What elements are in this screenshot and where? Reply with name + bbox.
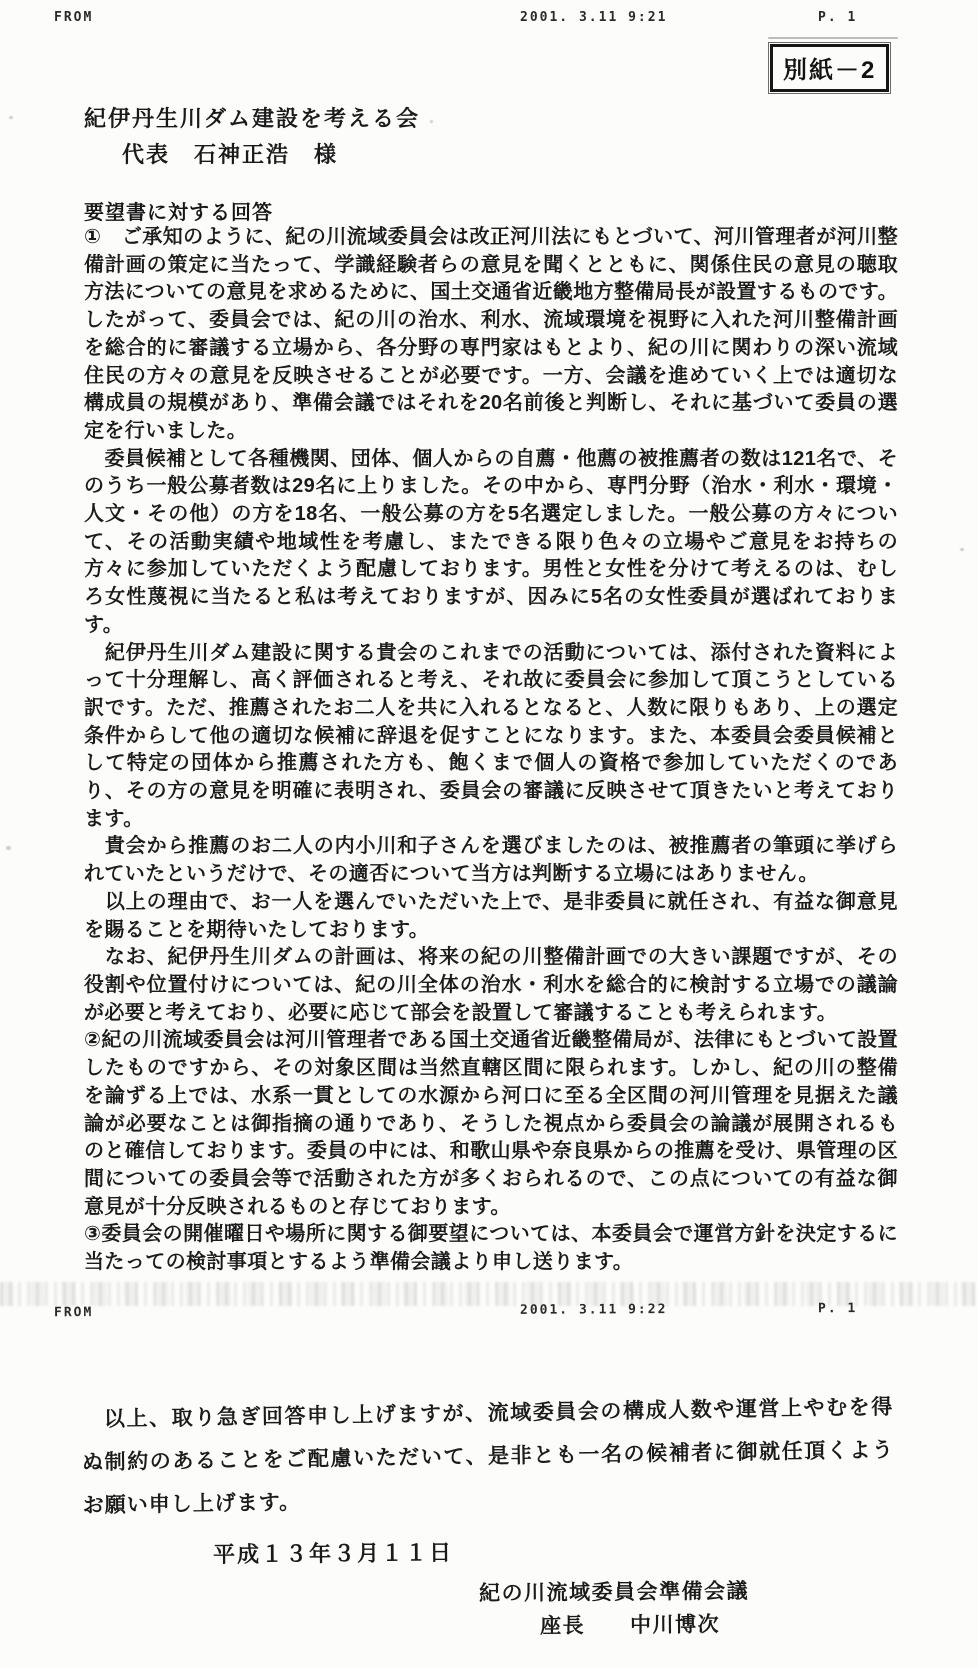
closing-paragraph: 以上、取り急ぎ回答申し上げますが、流域委員会の構成人数や運営上やむを得ぬ制約のあ… — [81, 1386, 895, 1528]
body-paragraph-7: ②紀の川流域委員会は河川管理者である国土交通省近畿整備局が、法律にもとづいて設置… — [84, 1027, 898, 1221]
body-paragraph-1: ① ご承知のように、紀の川流域委員会は改正河川法にもとづいて、河川管理者が河川整… — [84, 224, 898, 446]
body-paragraph-5: 以上の理由で、お一人を選んでいただいた上で、是非委員に就任され、有益な御意見を賜… — [84, 889, 898, 944]
body-paragraph-2: 委員候補として各種機関、団体、個人からの自薦・他薦の被推薦者の数は121名で、そ… — [84, 446, 898, 640]
fax-page-number: P. 1 — [818, 10, 857, 25]
fax-header-page1: FROM 2001. 3.11 9:21 P. 1 — [0, 10, 978, 30]
attachment-tag: 別紙－2 — [770, 44, 889, 92]
fax-datetime: 2001. 3.11 9:22 — [520, 1302, 667, 1318]
fax-header-page2: FROM 2001. 3.11 9:22 P. 1 — [0, 1300, 978, 1325]
fax-from-label: FROM — [54, 10, 93, 25]
scan-dust-speck — [6, 846, 11, 850]
recipient-representative: 代表 石神正浩 様 — [122, 138, 338, 169]
fax-from-label: FROM — [54, 1305, 93, 1320]
scan-dust-speck — [9, 116, 13, 119]
signature-organization: 紀の川流域委員会準備会議 — [479, 1575, 749, 1607]
body-paragraph-6: なお、紀伊丹生川ダムの計画は、将来の紀の川整備計画での大きい課題ですが、その役割… — [84, 944, 898, 1027]
letter-body: ① ご承知のように、紀の川流域委員会は改正河川法にもとづいて、河川管理者が河川整… — [84, 224, 898, 1277]
body-paragraph-8: ③委員会の開催曜日や場所に関する御要望については、本委員会で運営方針を決定するに… — [84, 1221, 898, 1276]
scan-dust-speck — [960, 548, 964, 551]
fax-page-number: P. 1 — [818, 1301, 857, 1316]
fax-datetime: 2001. 3.11 9:21 — [520, 10, 667, 25]
body-paragraph-4: 貴会から推薦のお二人の内小川和子さんを選びましたのは、被推薦者の筆頭に挙げられて… — [84, 833, 898, 888]
fax-document-page: FROM 2001. 3.11 9:21 P. 1 別紙－2 紀伊丹生川ダム建設… — [0, 0, 978, 1668]
recipient-organization: 紀伊丹生川ダム建設を考える会 — [84, 102, 420, 133]
scan-artifact-line — [768, 37, 898, 39]
body-paragraph-3: 紀伊丹生川ダム建設に関する貴会のこれまでの活動については、添付された資料によって… — [84, 640, 898, 834]
reply-subject: 要望書に対する回答 — [84, 196, 273, 225]
scan-dust-speck — [430, 120, 433, 123]
letter-date: 平成１３年３月１１日 — [213, 1536, 453, 1569]
signature-chair-name: 座長 中川博次 — [540, 1608, 720, 1640]
